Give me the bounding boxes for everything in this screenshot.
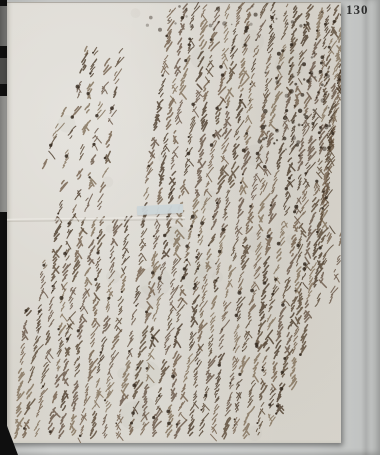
letter-sheet: [7, 2, 341, 443]
scanned-letter-page: 130: [0, 0, 380, 455]
handwriting-ink: [7, 2, 341, 443]
binding-edge-fragment: [0, 58, 7, 84]
page-number: 130: [346, 2, 369, 18]
album-page-crease: [361, 0, 371, 455]
ink-strokes: [15, 2, 341, 443]
